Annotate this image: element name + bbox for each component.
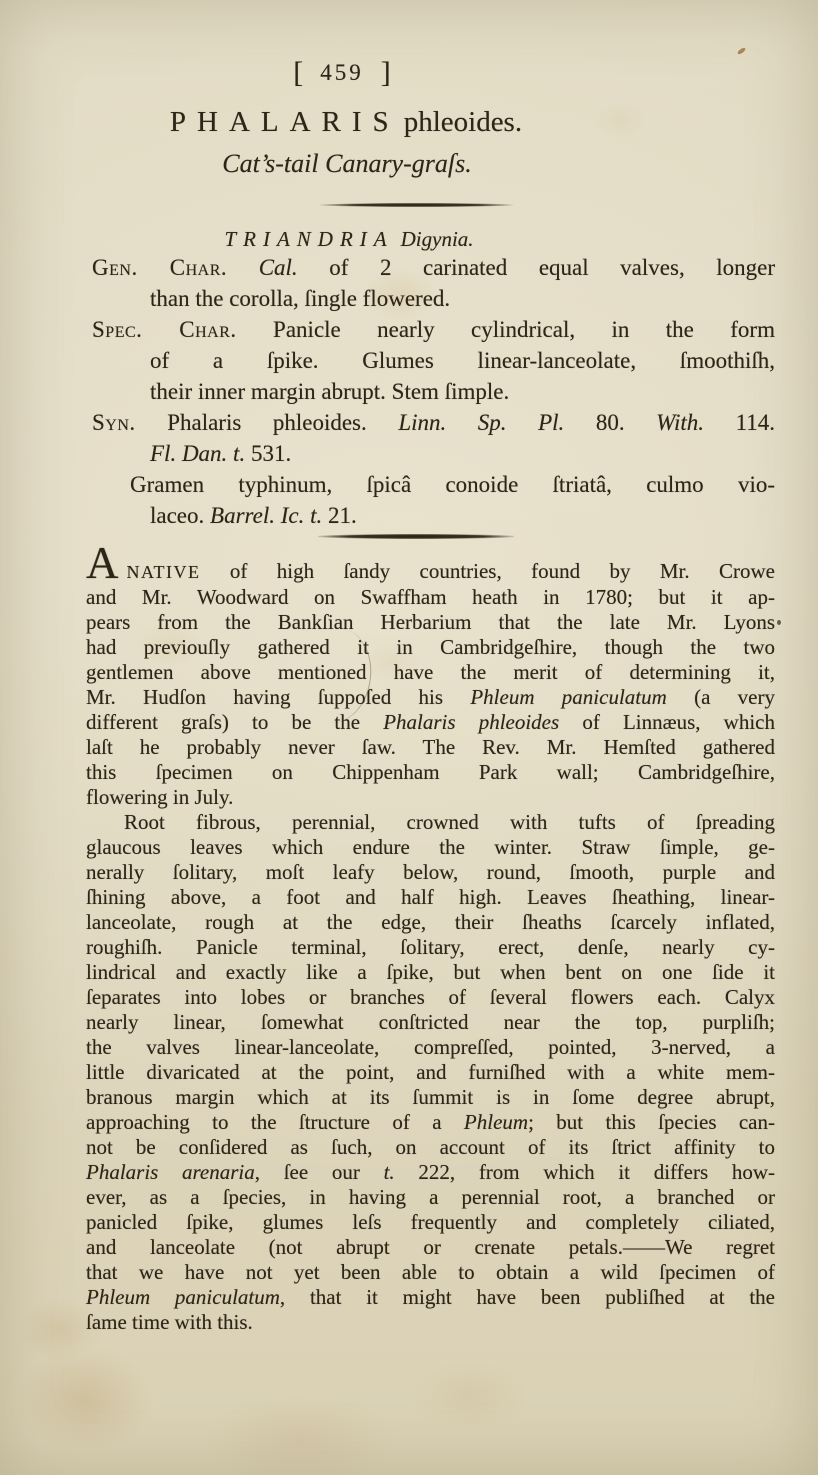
text-segment: branous margin which at its ſummit is in… [86,1085,775,1109]
text-segment: approaching to the ſtructure of a [86,1110,464,1134]
text-segment: glaucous leaves which endure the winter.… [86,835,775,859]
text-segment: 114. [704,410,775,435]
text-segment: Phleum paniculatum [86,1285,280,1309]
body-line-31: ſame time with this. [86,1310,775,1335]
body-line-7: different graſs) to be the Phalaris phle… [86,710,775,735]
body-line-12: glaucous leaves which endure the winter.… [86,835,775,860]
species-title: PHALARISphleoides. [0,106,755,139]
text-segment: and Mr. Woodward on Swaffham heath in 17… [86,585,775,609]
paper-speck [777,620,781,625]
body-line-5: gentlemen above mentioned have the merit… [86,660,775,685]
text-segment: Mr. Hudſon having ſuppoſed his [86,685,470,709]
body-line-13: nerally ſolitary, moſt leafy below, roun… [86,860,775,885]
divider-rule-middle [318,534,514,539]
text-segment: ſhining above, a foot and half high. Lea… [86,885,775,909]
linnaean-order: Digynia. [401,227,474,251]
text-segment: lindrical and exactly like a ſpike, but … [86,960,775,984]
syn-line-3: Gramen typhinum, ſpicâ conoide ſtriatâ, … [92,469,775,500]
spec-char-line-2: of a ſpike. Glumes linear-lanceolate, ſm… [92,345,775,376]
text-segment: Phalaris phleoides [383,710,559,734]
text-segment: of 2 carinated equal valves, longer [298,255,775,280]
body-line-14: ſhining above, a foot and half high. Lea… [86,885,775,910]
text-segment: Cal. [259,255,298,280]
genus-name: PHALARIS [170,106,400,138]
page-number-value: 459 [320,60,364,85]
syn-line-1: Syn. Phalaris phleoides. Linn. Sp. Pl. 8… [92,407,775,438]
body-line-1: ANATIVE of high ſandy countries, found b… [86,551,775,585]
text-segment: not be conſidered as ſuch, on account of… [86,1135,775,1159]
text-segment: pears from the Bankſian Herbarium that t… [86,610,775,634]
text-segment: nearly linear, ſomewhat conſtricted near… [86,1010,775,1034]
characters-section: Gen. Char. Cal. of 2 carinated equal val… [92,252,775,531]
body-line-28: and lanceolate (not abrupt or crenate pe… [86,1235,775,1260]
text-segment: Syn. [92,410,136,435]
text-segment: NATIVE [127,562,201,582]
text-segment: (a very [667,685,775,709]
body-line-10: flowering in July. [86,785,775,810]
text-segment: and lanceolate (not abrupt or crenate pe… [86,1235,775,1259]
body-line-2: and Mr. Woodward on Swaffham heath in 17… [86,585,775,610]
text-segment: that we have not yet been able to obtain… [86,1260,775,1284]
text-segment: ; but this ſpecies can- [528,1110,775,1134]
text-segment: Phleum [464,1110,528,1134]
body-line-26: ever, as a ſpecies, in having a perennia… [86,1185,775,1210]
text-segment: Phalaris arenaria [86,1160,255,1184]
text-segment: Gen. Char. [92,255,227,280]
text-segment: the valves linear-lanceolate, compreſſed… [86,1035,775,1059]
text-segment: had previouſly gathered it in Cambridgeſ… [86,635,775,659]
text-segment: of a ſpike. Glumes linear-lanceolate, ſm… [150,348,775,373]
text-segment: Gramen typhinum, ſpicâ conoide ſtriatâ, … [130,472,775,497]
body-line-25: Phalaris arenaria, ſee our t. 222, from … [86,1160,775,1185]
text-segment: ſeparates into lobes or branches of ſeve… [86,985,775,1009]
body-line-24: not be conſidered as ſuch, on account of… [86,1135,775,1160]
text-segment: t. [384,1160,395,1184]
body-line-21: little divaricated at the point, and fur… [86,1060,775,1085]
body-line-16: roughiſh. Panicle terminal, ſolitary, er… [86,935,775,960]
text-segment: 531. [245,441,291,466]
text-segment: than the corolla, ſingle flowered. [150,286,450,311]
text-segment: Phalaris phleoides. [136,410,399,435]
text-segment: lanceolate, rough at the edge, their ſhe… [86,910,775,934]
text-segment: laceo. [150,503,210,528]
text-segment: Panicle nearly cylindrical, in the form [237,317,775,342]
body-line-20: the valves linear-lanceolate, compreſſed… [86,1035,775,1060]
linnaean-class: TRIANDRIA [224,227,393,251]
text-segment: Linn. Sp. Pl. [398,410,564,435]
text-segment: Spec. Char. [92,317,237,342]
common-name: Cat’s-tail Canary-graſs. [0,149,756,179]
body-line-17: lindrical and exactly like a ſpike, but … [86,960,775,985]
syn-line-2: Fl. Dan. t. 531. [92,438,775,469]
text-segment: 222, from which it differs how- [395,1160,775,1184]
divider-rule-top [320,203,513,207]
body-line-19: nearly linear, ſomewhat conſtricted near… [86,1010,775,1035]
text-segment: 21. [322,503,357,528]
text-segment [227,255,259,280]
text-segment: Phleum paniculatum [470,685,666,709]
body-line-8: laſt he probably never ſaw. The Rev. Mr.… [86,735,775,760]
body-line-30: Phleum paniculatum, that it might have b… [86,1285,775,1310]
syn-line-4: laceo. Barrel. Ic. t. 21. [92,500,775,531]
body-line-22: branous margin which at its ſummit is in… [86,1085,775,1110]
text-segment: their inner margin abrupt. Stem ſimple. [150,379,509,404]
body-line-11: Root fibrous, perennial, crowned with tu… [86,810,775,835]
body-line-4: had previouſly gathered it in Cambridgeſ… [86,635,775,660]
text-segment: ſame time with this. [86,1310,253,1334]
species-epithet: phleoides. [404,106,522,138]
left-bracket: [ [293,56,303,89]
text-segment: of high ſandy countries, found by Mr. Cr… [201,559,776,583]
text-segment: of Linnæus, which [559,710,775,734]
classification-line: TRIANDRIADigynia. [0,227,758,252]
text-segment: laſt he probably never ſaw. The Rev. Mr.… [86,735,775,759]
book-page: [459] PHALARISphleoides. Cat’s-tail Cana… [0,0,818,1475]
right-bracket: ] [381,56,391,89]
text-segment: , that it might have been publiſhed at t… [280,1285,775,1309]
body-line-9: this ſpecimen on Chippenham Park wall; C… [86,760,775,785]
body-line-15: lanceolate, rough at the edge, their ſhe… [86,910,775,935]
drop-cap-initial: A [86,538,119,588]
text-segment: nerally ſolitary, moſt leafy below, roun… [86,860,775,884]
text-segment: Barrel. Ic. t. [210,503,322,528]
text-segment: little divaricated at the point, and fur… [86,1060,775,1084]
paper-speck [737,47,747,55]
text-segment: Root fibrous, perennial, crowned with tu… [124,810,775,834]
text-segment: , ſee our [255,1160,384,1184]
spec-char-line-1: Spec. Char. Panicle nearly cylindrical, … [92,314,775,345]
text-segment: With. [656,410,704,435]
text-segment: flowering in July. [86,785,233,809]
gen-char-line-2: than the corolla, ſingle flowered. [92,283,775,314]
spec-char-line-3: their inner margin abrupt. Stem ſimple. [92,376,775,407]
text-segment: this ſpecimen on Chippenham Park wall; C… [86,760,775,784]
gen-char-line-1: Gen. Char. Cal. of 2 carinated equal val… [92,252,775,283]
body-line-29: that we have not yet been able to obtain… [86,1260,775,1285]
body-line-3: pears from the Bankſian Herbarium that t… [86,610,775,635]
description-body: ANATIVE of high ſandy countries, found b… [86,551,775,1335]
body-line-23: approaching to the ſtructure of a Phleum… [86,1110,775,1135]
page-number: [459] [0,56,751,90]
text-segment: Fl. Dan. t. [150,441,245,466]
body-line-18: ſeparates into lobes or branches of ſeve… [86,985,775,1010]
text-segment: panicled ſpike, glumes leſs frequently a… [86,1210,775,1234]
text-segment: ever, as a ſpecies, in having a perennia… [86,1185,775,1209]
body-line-6: Mr. Hudſon having ſuppoſed his Phleum pa… [86,685,775,710]
text-segment: 80. [564,410,656,435]
text-segment: gentlemen above mentioned have the merit… [86,660,775,684]
text-segment: roughiſh. Panicle terminal, ſolitary, er… [86,935,775,959]
body-line-27: panicled ſpike, glumes leſs frequently a… [86,1210,775,1235]
